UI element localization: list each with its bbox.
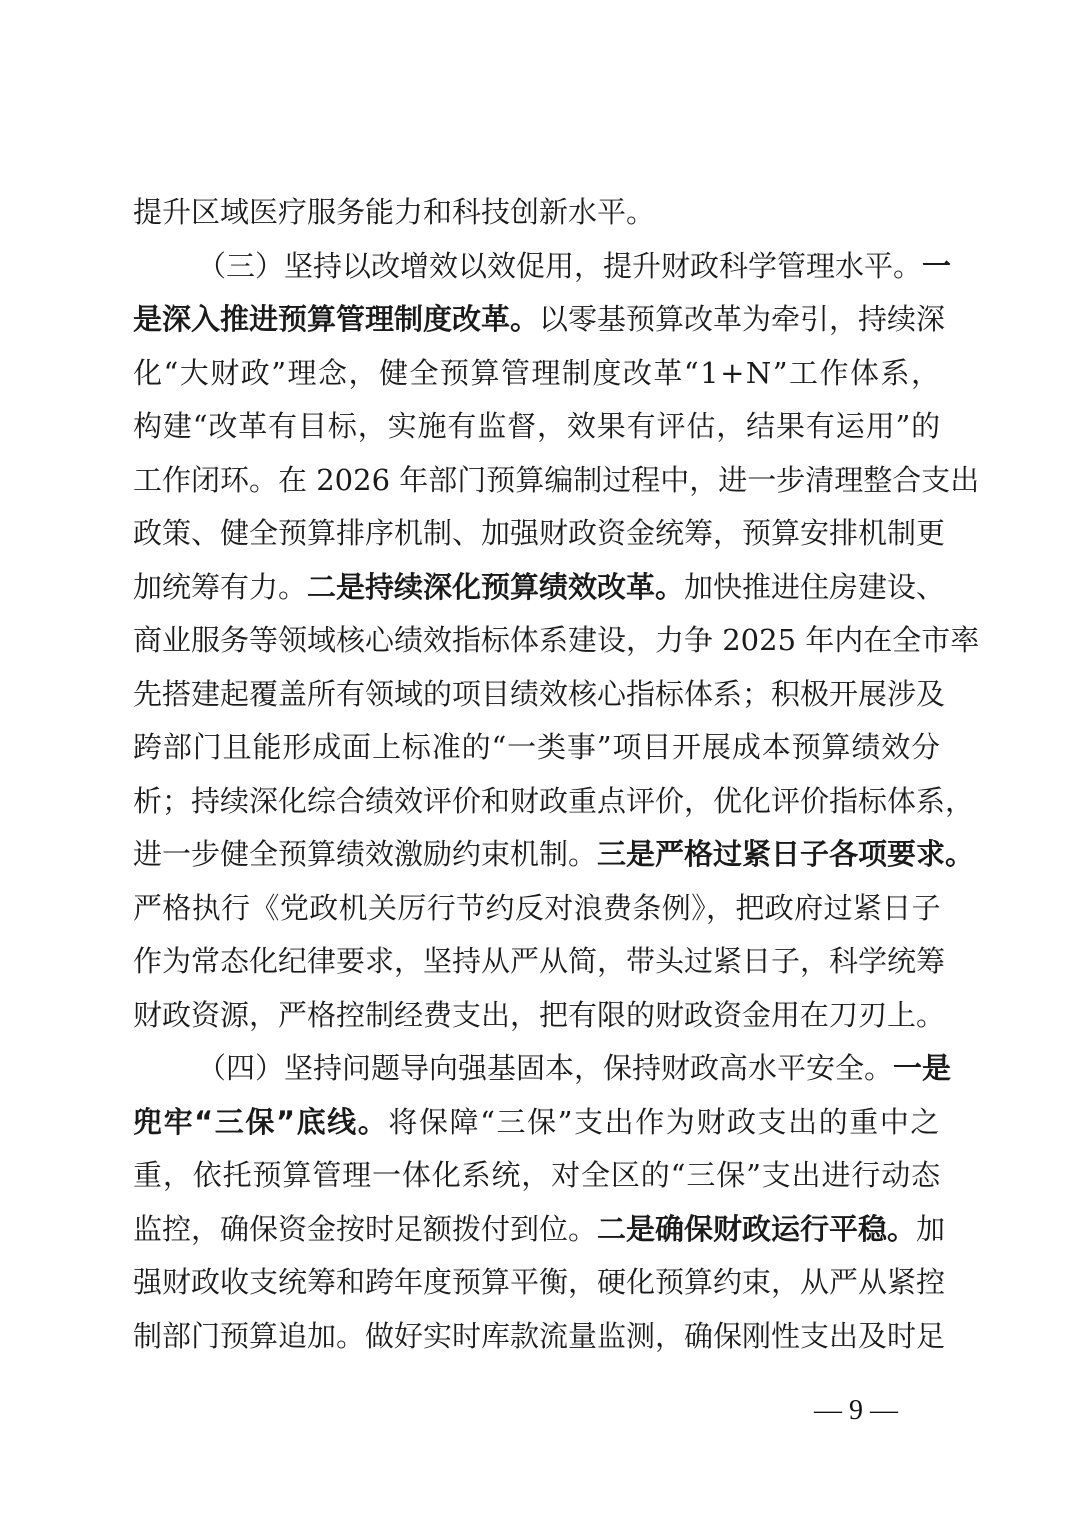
body-text: 作为常态化纪律要求，坚持从严从简，带头过紧日子，科学统筹: [133, 944, 945, 978]
body-text: 商业服务等领域核心绩效指标体系建设，力争 2025 年内在全市率: [133, 623, 979, 657]
body-text: 政策、健全预算排序机制、加强财政资金统筹，预算安排机制更: [133, 516, 945, 550]
text-line: 制部门预算追加。做好实时库款流量监测，确保刚性支出及时足: [133, 1310, 941, 1364]
body-text: 监控，确保资金按时足额拨付到位。: [133, 1212, 597, 1246]
text-line: 构建“改革有目标，实施有监督，效果有评估，结果有运用”的: [133, 400, 941, 454]
text-line: 财政资源，严格控制经费支出，把有限的财政资金用在刀刃上。: [133, 989, 941, 1043]
bold-heading-text: 是深入推进预算管理制度改革。: [133, 302, 539, 336]
body-text: 析；持续深化综合绩效评价和财政重点评价，优化评价指标体系，: [133, 784, 974, 818]
body-text: （三）坚持以改增效以效促用，提升财政科学管理水平。: [197, 249, 922, 283]
body-text: 财政资源，严格控制经费支出，把有限的财政资金用在刀刃上。: [133, 998, 945, 1032]
body-text: 工作闭环。在 2026 年部门预算编制过程中，进一步清理整合支出: [133, 463, 979, 497]
body-text: 将保障“三保”支出作为财政支出的重中之: [388, 1105, 941, 1139]
text-line: 重，依托预算管理一体化系统，对全区的“三保”支出进行动态: [133, 1149, 941, 1203]
text-line: 是深入推进预算管理制度改革。以零基预算改革为牵引，持续深: [133, 293, 941, 347]
text-line: 严格执行《党政机关厉行节约反对浪费条例》，把政府过紧日子: [133, 882, 941, 936]
page-number: — 9 —: [806, 1395, 906, 1427]
body-text: 制部门预算追加。做好实时库款流量监测，确保刚性支出及时足: [133, 1319, 945, 1353]
body-text: 加快推进住房建设、: [684, 570, 945, 604]
text-line: 提升区域医疗服务能力和科技创新水平。: [133, 186, 941, 240]
document-page-body: 提升区域医疗服务能力和科技创新水平。（三）坚持以改增效以效促用，提升财政科学管理…: [133, 186, 941, 1363]
text-line: 兜牢“三保”底线。将保障“三保”支出作为财政支出的重中之: [133, 1096, 941, 1150]
text-line: 作为常态化纪律要求，坚持从严从简，带头过紧日子，科学统筹: [133, 935, 941, 989]
text-line: 析；持续深化综合绩效评价和财政重点评价，优化评价指标体系，: [133, 775, 941, 829]
bold-heading-text: 一: [922, 249, 951, 283]
text-line: 跨部门且能形成面上标准的“一类事”项目开展成本预算绩效分: [133, 721, 941, 775]
body-text: 重，依托预算管理一体化系统，对全区的“三保”支出进行动态: [133, 1158, 941, 1192]
body-text: 强财政收支统筹和跨年度预算平衡，硬化预算约束，从严从紧控: [133, 1265, 945, 1299]
text-line: 商业服务等领域核心绩效指标体系建设，力争 2025 年内在全市率: [133, 614, 941, 668]
body-text: 加统筹有力。: [133, 570, 307, 604]
text-line: 加统筹有力。二是持续深化预算绩效改革。加快推进住房建设、: [133, 561, 941, 615]
bold-heading-text: 二是确保财政运行平稳。: [597, 1212, 916, 1246]
body-text: 提升区域医疗服务能力和科技创新水平。: [133, 195, 655, 229]
text-line: （三）坚持以改增效以效促用，提升财政科学管理水平。一: [133, 240, 941, 294]
bold-heading-text: 三是严格过紧日子各项要求。: [597, 837, 974, 871]
text-line: 工作闭环。在 2026 年部门预算编制过程中，进一步清理整合支出: [133, 454, 941, 508]
body-text: 加: [916, 1212, 945, 1246]
body-text: 进一步健全预算绩效激励约束机制。: [133, 837, 597, 871]
body-text: （四）坚持问题导向强基固本，保持财政高水平安全。: [197, 1051, 893, 1085]
text-line: 监控，确保资金按时足额拨付到位。二是确保财政运行平稳。加: [133, 1203, 941, 1257]
text-line: 政策、健全预算排序机制、加强财政资金统筹，预算安排机制更: [133, 507, 941, 561]
text-line: 进一步健全预算绩效激励约束机制。三是严格过紧日子各项要求。: [133, 828, 941, 882]
bold-heading-text: 一是: [893, 1051, 951, 1085]
body-text: 严格执行《党政机关厉行节约反对浪费条例》，把政府过紧日子: [133, 891, 941, 925]
bold-heading-text: 二是持续深化预算绩效改革。: [307, 570, 684, 604]
paragraph-lines: 提升区域医疗服务能力和科技创新水平。（三）坚持以改增效以效促用，提升财政科学管理…: [133, 186, 941, 1363]
body-text: 先搭建起覆盖所有领域的项目绩效核心指标体系；积极开展涉及: [133, 677, 945, 711]
text-line: 先搭建起覆盖所有领域的项目绩效核心指标体系；积极开展涉及: [133, 668, 941, 722]
text-line: （四）坚持问题导向强基固本，保持财政高水平安全。一是: [133, 1042, 941, 1096]
body-text: 构建“改革有目标，实施有监督，效果有评估，结果有运用”的: [133, 409, 941, 443]
body-text: 以零基预算改革为牵引，持续深: [539, 302, 945, 336]
body-text: 跨部门且能形成面上标准的“一类事”项目开展成本预算绩效分: [133, 730, 941, 764]
body-text: 化“大财政”理念，健全预算管理制度改革“1+N”工作体系，: [133, 356, 941, 390]
bold-heading-text: 兜牢“三保”底线。: [133, 1105, 388, 1139]
text-line: 强财政收支统筹和跨年度预算平衡，硬化预算约束，从严从紧控: [133, 1256, 941, 1310]
text-line: 化“大财政”理念，健全预算管理制度改革“1+N”工作体系，: [133, 347, 941, 401]
